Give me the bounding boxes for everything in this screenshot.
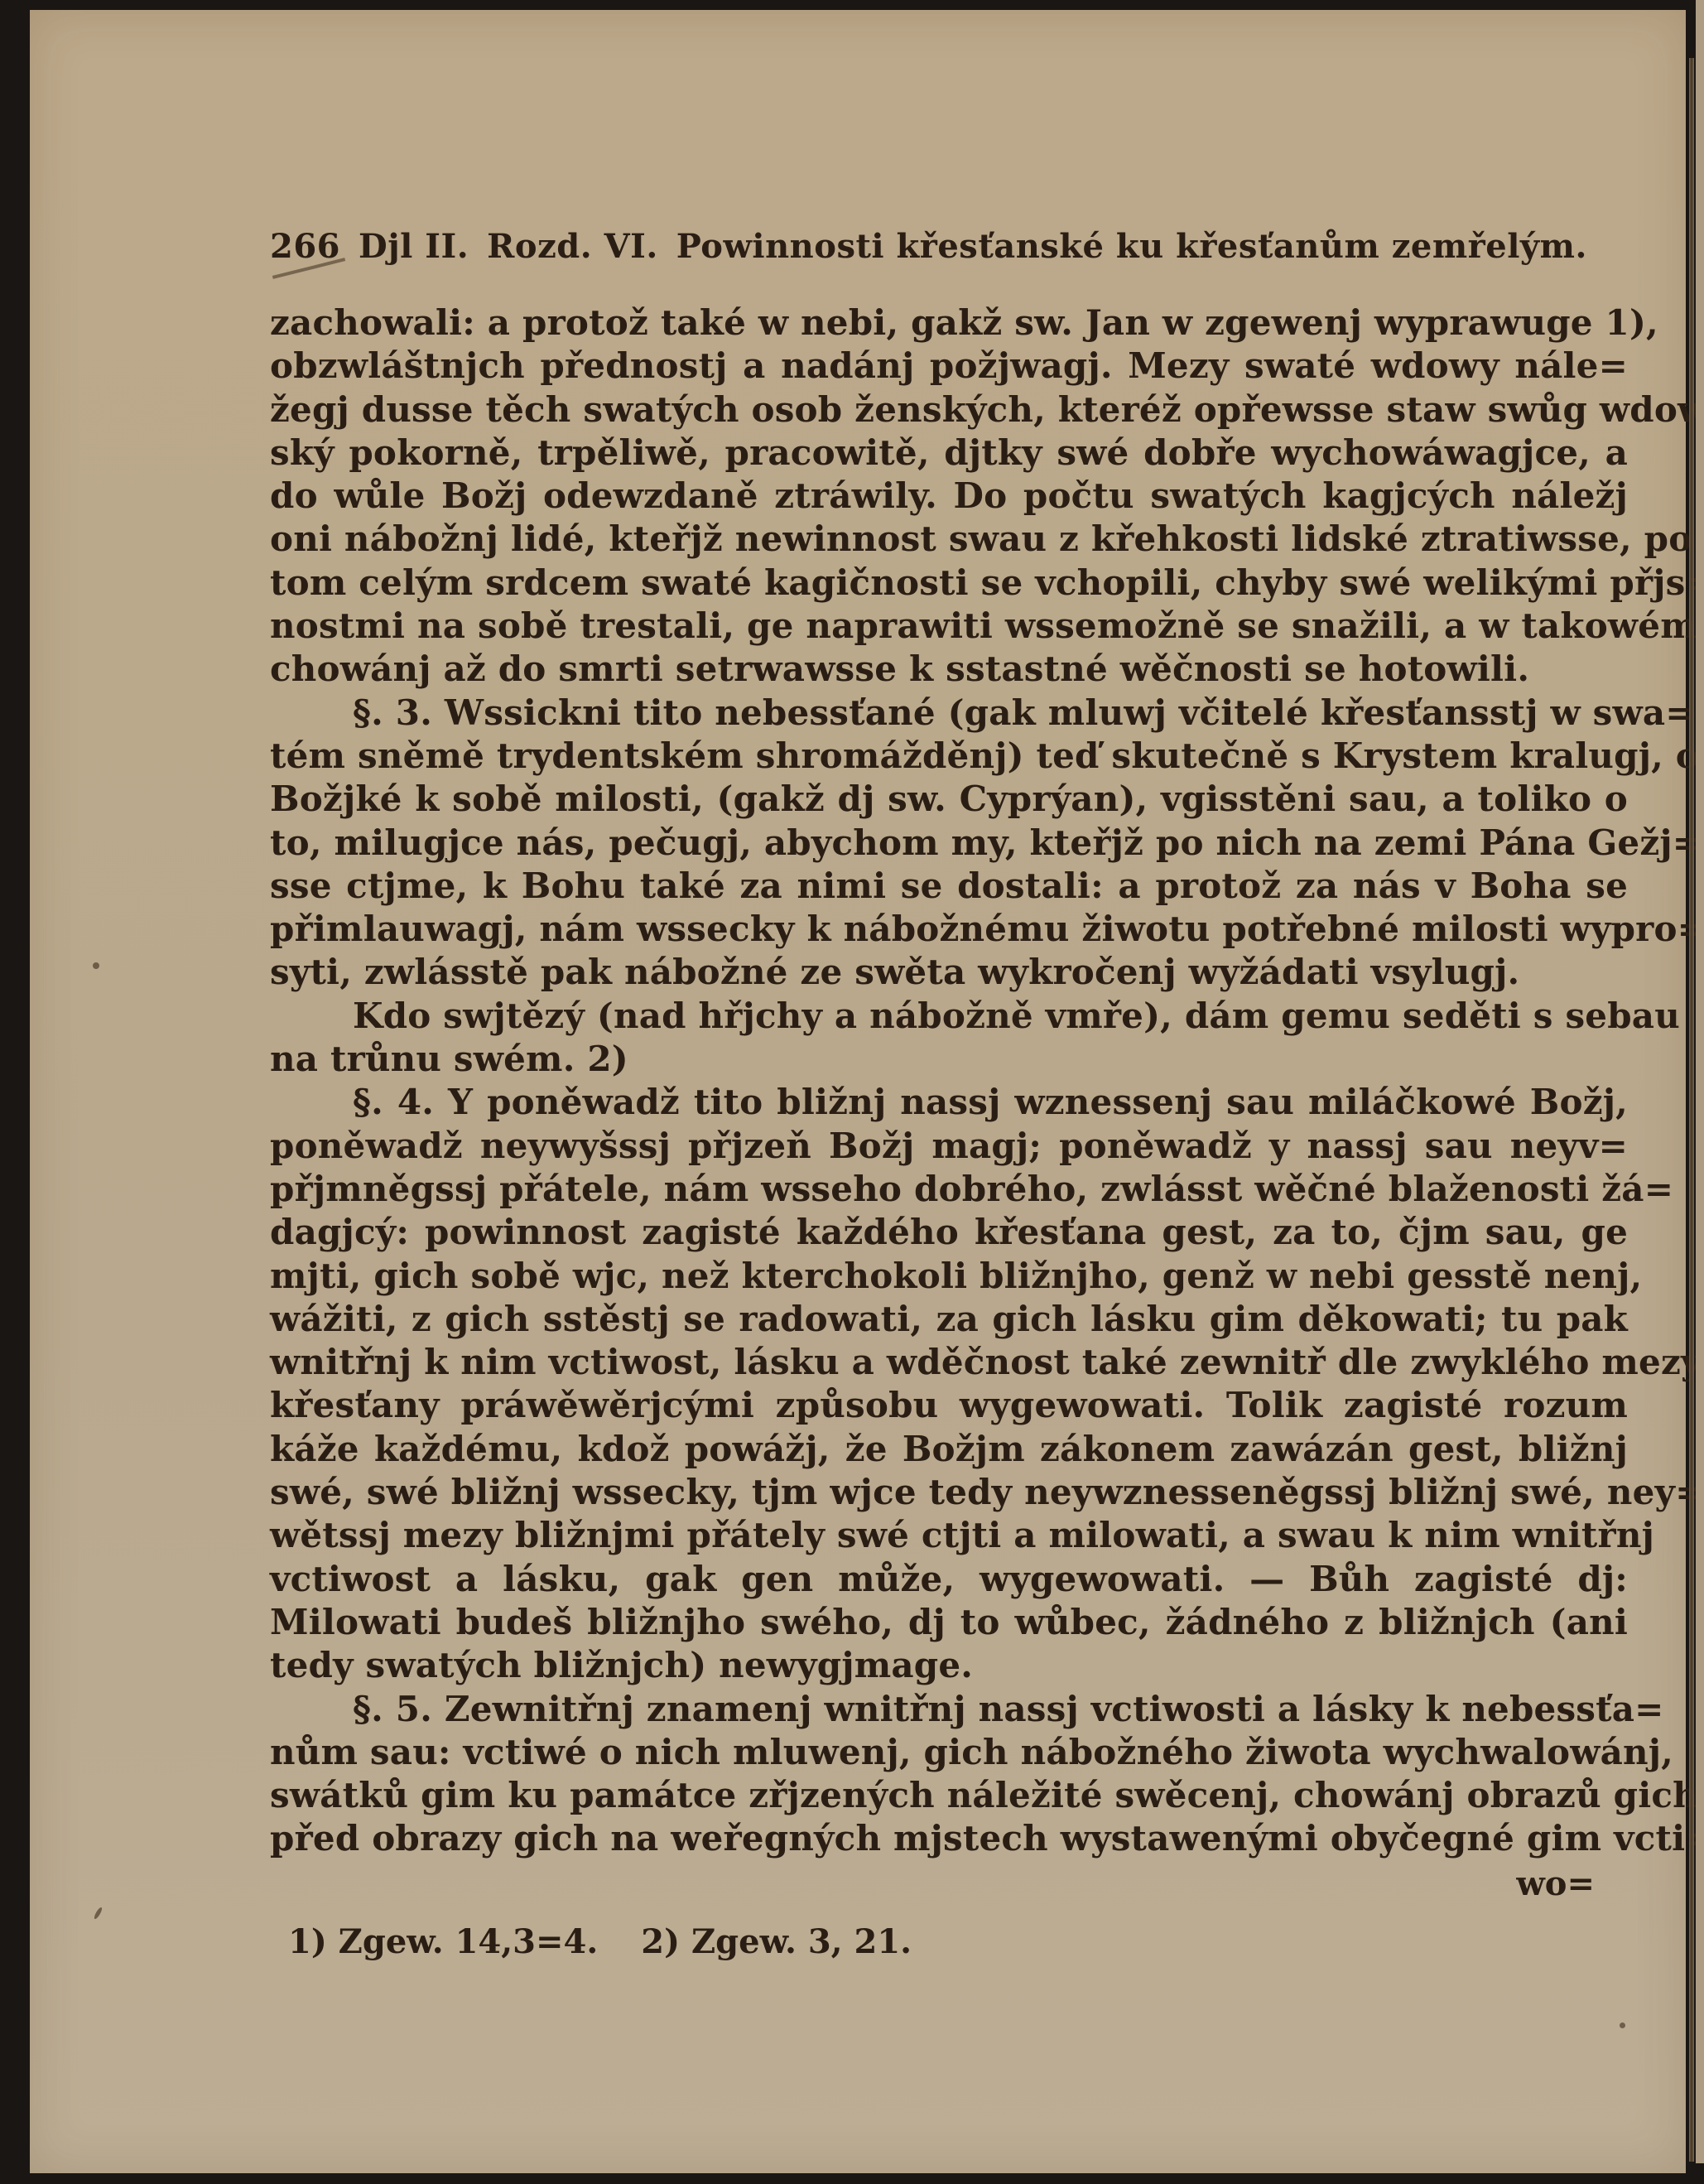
text-line: sse ctjme, k Bohu také za nimi se dostal… <box>270 865 1628 908</box>
text-line: wážiti, z gich sstěstj se radowati, za g… <box>270 1298 1628 1341</box>
text-line: §. 3. Wssickni tito nebessťané (gak mluw… <box>270 692 1628 735</box>
page-number: 266 <box>270 227 340 266</box>
book-page: 266 Djl II. Rozd. VI. Powinnosti křesťan… <box>30 10 1686 2173</box>
text-line: poněwadž neywyšssj přjzeň Božj magj; pon… <box>270 1125 1628 1168</box>
text-line: syti, zwlásstě pak nábožné ze swěta wykr… <box>270 951 1628 994</box>
paper-spot <box>1620 2022 1625 2028</box>
text-line: zachowali: a protož také w nebi, gakž sw… <box>270 301 1628 345</box>
text-line: tedy swatých bližnjch) newygjmage. <box>270 1644 1628 1687</box>
text-line: křesťany práwěwěrjcými způsobu wygewowat… <box>270 1384 1628 1427</box>
catchword: wo= <box>270 1861 1628 1907</box>
part-label: Djl II. <box>359 227 469 266</box>
text-line: dagjcý: powinnost zagisté každého křesťa… <box>270 1211 1628 1254</box>
footnote-1: 1) Zgew. 14,3=4. <box>288 1922 598 1961</box>
text-line: wnitřnj k nim vctiwost, lásku a wděčnost… <box>270 1341 1628 1384</box>
text-line: to, milugjce nás, pečugj, abychom my, kt… <box>270 822 1628 865</box>
footnote-2: 2) Zgew. 3, 21. <box>641 1922 912 1961</box>
text-line: ský pokorně, trpěliwě, pracowitě, djtky … <box>270 431 1628 475</box>
text-line: nům sau: vctiwé o nich mluwenj, gich náb… <box>270 1731 1628 1774</box>
text-line: Milowati budeš bližnjho swého, dj to wůb… <box>270 1601 1628 1644</box>
running-title: Powinnosti křesťanské ku křesťanům zemře… <box>676 227 1587 266</box>
text-line: káže každému, kdož powážj, že Božjm záko… <box>270 1428 1628 1471</box>
text-line: na trůnu swém. 2) <box>270 1038 1628 1081</box>
paper-spot <box>93 1907 103 1920</box>
text-line: tom celým srdcem swaté kagičnosti se vch… <box>270 562 1628 605</box>
text-line: swátků gim ku památce zřjzených náležité… <box>270 1774 1628 1817</box>
text-line: nostmi na sobě trestali, ge naprawiti ws… <box>270 605 1628 648</box>
binding-gutter <box>1689 58 1694 2162</box>
text-line: Božjké k sobě milosti, (gakž dj sw. Cypr… <box>270 778 1628 821</box>
text-line: obzwláštnjch přednostj a nadánj požjwagj… <box>270 345 1628 388</box>
body-text: zachowali: a protož také w nebi, gakž sw… <box>270 301 1628 1861</box>
text-line: mjti, gich sobě wjc, než kterchokoli bli… <box>270 1255 1628 1298</box>
footnotes: 1) Zgew. 14,3=4. 2) Zgew. 3, 21. <box>270 1922 1628 1961</box>
page-text-block: 266 Djl II. Rozd. VI. Powinnosti křesťan… <box>270 227 1628 1961</box>
page-edge <box>1696 0 1704 2163</box>
text-line: do wůle Božj odewzdaně ztráwily. Do počt… <box>270 475 1628 518</box>
paper-spot <box>93 962 99 969</box>
text-line: přimlauwagj, nám wssecky k nábožnému žiw… <box>270 908 1628 951</box>
text-line: přjmněgssj přátele, nám wsseho dobrého, … <box>270 1168 1628 1211</box>
chapter-label: Rozd. VI. <box>487 227 658 266</box>
text-line: tém sněmě trydentském shromážděnj) teď s… <box>270 735 1628 778</box>
text-line: před obrazy gich na weřegných mjstech wy… <box>270 1817 1628 1860</box>
text-line: §. 4. Y poněwadž tito bližnj nassj wznes… <box>270 1081 1628 1124</box>
text-line: žegj dusse těch swatých osob ženských, k… <box>270 388 1628 431</box>
text-line: Kdo swjtězý (nad hřjchy a nábožně vmře),… <box>270 995 1628 1038</box>
text-line: vctiwost a lásku, gak gen může, wygewowa… <box>270 1558 1628 1601</box>
text-line: §. 5. Zewnitřnj znamenj wnitřnj nassj vc… <box>270 1688 1628 1731</box>
text-line: chowánj až do smrti setrwawsse k sstastn… <box>270 648 1628 691</box>
text-line: oni nábožnj lidé, kteřjž newinnost swau … <box>270 518 1628 561</box>
text-line: swé, swé bližnj wssecky, tjm wjce tedy n… <box>270 1471 1628 1514</box>
text-line: wětssj mezy bližnjmi přátely swé ctjti a… <box>270 1514 1628 1557</box>
running-head: 266 Djl II. Rozd. VI. Powinnosti křesťan… <box>270 227 1628 277</box>
